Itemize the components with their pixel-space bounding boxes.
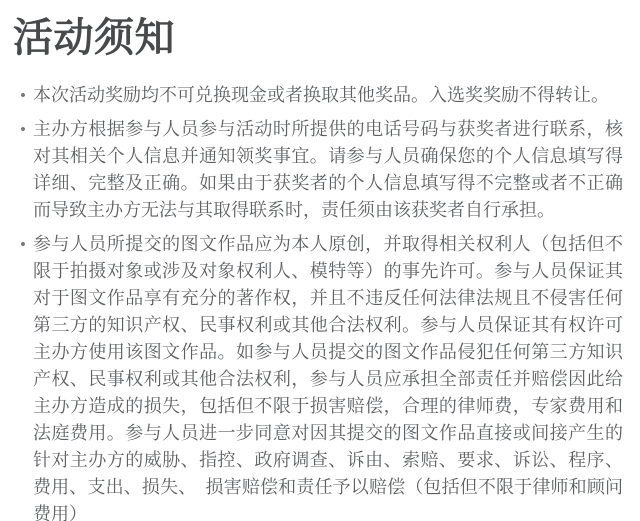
notice-list: • 本次活动奖励均不可兑换现金或者换取其他奖品。入选奖奖励不得转让。 • 主办方… xyxy=(13,82,623,521)
notice-text: 主办方根据参与人员参与活动时所提供的电话号码与获奖者进行联系，核对其相关个人信息… xyxy=(33,119,623,220)
page-title: 活动须知 xyxy=(13,14,623,62)
notice-item: • 本次活动奖励均不可兑换现金或者换取其他奖品。入选奖奖励不得转让。 xyxy=(13,82,623,109)
notice-text: 本次活动奖励均不可兑换现金或者换取其他奖品。入选奖奖励不得转让。 xyxy=(33,85,609,105)
bullet-icon: • xyxy=(16,82,30,109)
notice-item: • 主办方根据参与人员参与活动时所提供的电话号码与获奖者进行联系，核对其相关个人… xyxy=(13,116,623,224)
notice-item: • 参与人员所提交的图文作品应为本人原创，并取得相关权利人（包括但不限于拍摄对象… xyxy=(13,231,623,521)
notice-text: 参与人员所提交的图文作品应为本人原创，并取得相关权利人（包括但不限于拍摄对象或涉… xyxy=(33,234,623,521)
activity-notice-page: 活动须知 • 本次活动奖励均不可兑换现金或者换取其他奖品。入选奖奖励不得转让。 … xyxy=(0,0,640,521)
bullet-icon: • xyxy=(16,116,30,143)
bullet-icon: • xyxy=(16,231,30,258)
